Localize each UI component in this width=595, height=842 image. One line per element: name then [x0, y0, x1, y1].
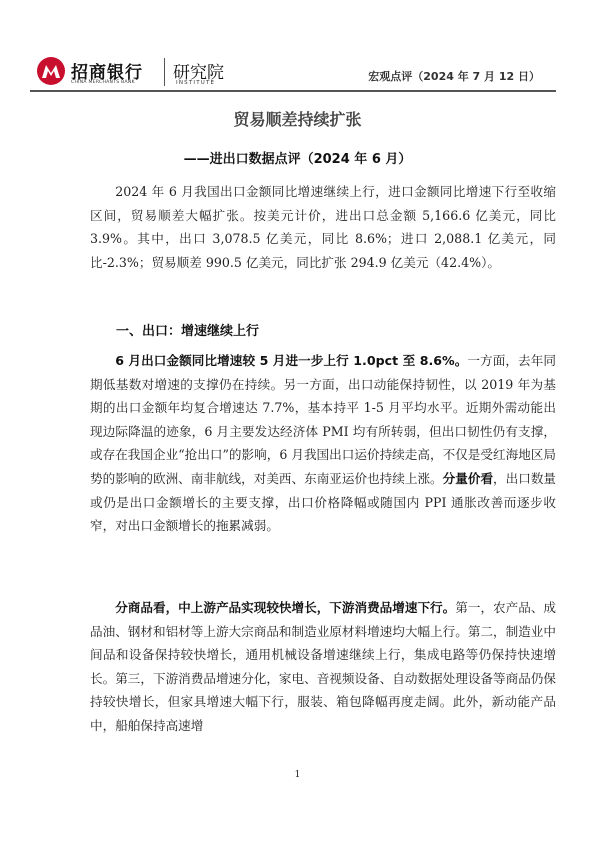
intro-paragraph: 2024 年 6 月我国出口金额同比增速继续上行，进口金额同比增速下行至收缩区间…	[90, 180, 556, 274]
cmb-logo-icon	[36, 56, 66, 86]
export-volume-price-bold: 分量价看	[443, 471, 493, 486]
page-header: 招商银行 CHINA MERCHANTS BANK 研究院 INSTITUTE …	[36, 54, 564, 94]
page-number: 1	[0, 770, 595, 780]
document-title: 贸易顺差持续扩张	[0, 107, 595, 130]
section-heading-export: 一、出口：增速继续上行	[116, 320, 259, 339]
logo-divider	[164, 58, 165, 86]
report-type-date: 宏观点评（2024 年 7 月 12 日）	[368, 68, 540, 84]
export-lead-bold: 6 月出口金额同比增速较 5 月进一步上行 1.0pct 至 8.6%。	[115, 353, 467, 368]
export-paragraph-2: 分商品看，中上游产品实现较快增长，下游消费品增速下行。第一，农产品、成品油、钢材…	[90, 596, 556, 738]
intro-text: 2024 年 6 月我国出口金额同比增速继续上行，进口金额同比增速下行至收缩区间…	[90, 180, 556, 274]
bank-name-en: CHINA MERCHANTS BANK	[71, 80, 135, 85]
document-subtitle: ——进出口数据点评（2024 年 6 月）	[0, 148, 595, 167]
commodity-text: 第一，农产品、成品油、钢材和铝材等上游大宗商品和制造业原材料增速均大幅上行。第二…	[90, 600, 556, 733]
commodity-lead-bold: 分商品看，中上游产品实现较快增长，下游消费品增速下行。	[115, 600, 455, 615]
export-paragraph-1: 6 月出口金额同比增速较 5 月进一步上行 1.0pct 至 8.6%。一方面，…	[90, 349, 556, 538]
header-divider	[30, 90, 556, 92]
export-text-a: 一方面，去年同期低基数对增速的支撑仍在持续。另一方面，出口动能保持韧性，以 20…	[90, 353, 556, 486]
institute-name-en: INSTITUTE	[176, 80, 215, 86]
